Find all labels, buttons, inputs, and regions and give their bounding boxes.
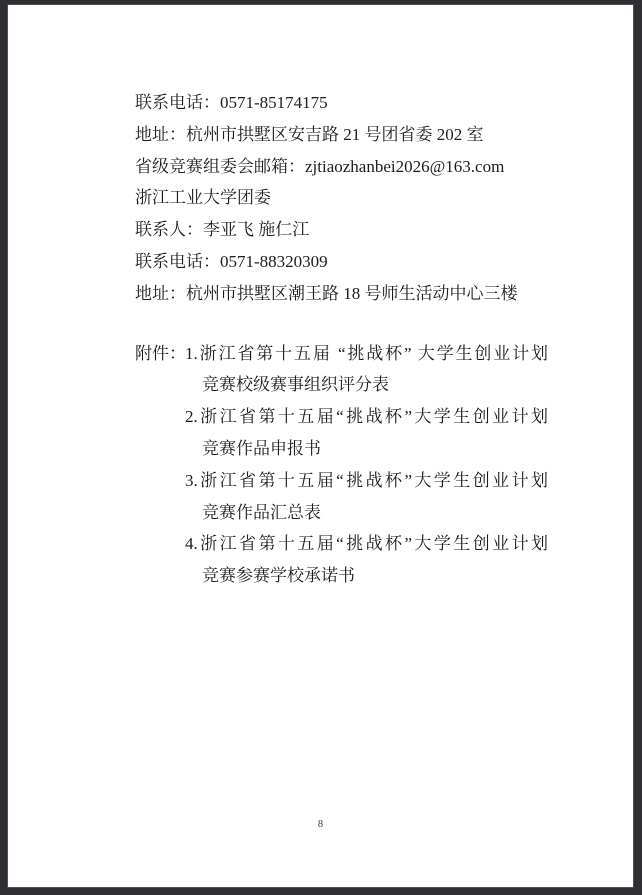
contact-line: 联系人：李亚飞 施仁江: [135, 214, 565, 246]
attachments-block: 附件： 1.浙江省第十五届 “挑战杯” 大学生创业计划 竞赛校级赛事组织评分表 …: [135, 338, 565, 592]
attachments-list: 1.浙江省第十五届 “挑战杯” 大学生创业计划 竞赛校级赛事组织评分表 2.浙江…: [185, 338, 548, 592]
attachment-item: 1.浙江省第十五届 “挑战杯” 大学生创业计划 竞赛校级赛事组织评分表: [185, 338, 548, 402]
attachment-wrap-line: 竞赛参赛学校承诺书: [185, 560, 548, 592]
page-number: 8: [8, 819, 633, 830]
contact-line: 省级竞赛组委会邮箱：zjtiaozhanbei2026@163.com: [135, 151, 565, 183]
attachment-item: 3.浙江省第十五届“挑战杯”大学生创业计划 竞赛作品汇总表: [185, 465, 548, 529]
contact-line: 联系电话：0571-85174175: [135, 87, 565, 119]
attachment-wrap-line: 竞赛作品申报书: [185, 433, 548, 465]
attachment-title-line: 1.浙江省第十五届 “挑战杯” 大学生创业计划: [185, 338, 548, 370]
attachment-item: 2.浙江省第十五届“挑战杯”大学生创业计划 竞赛作品申报书: [185, 401, 548, 465]
contact-line: 浙江工业大学团委: [135, 182, 565, 214]
contact-line: 联系电话：0571-88320309: [135, 246, 565, 278]
attachment-item: 4.浙江省第十五届“挑战杯”大学生创业计划 竞赛参赛学校承诺书: [185, 528, 548, 592]
document-content: 联系电话：0571-85174175 地址：杭州市拱墅区安吉路 21 号团省委 …: [135, 87, 565, 592]
attachment-wrap-line: 竞赛校级赛事组织评分表: [185, 369, 548, 401]
attachment-wrap-line: 竞赛作品汇总表: [185, 497, 548, 529]
viewer-background: 联系电话：0571-85174175 地址：杭州市拱墅区安吉路 21 号团省委 …: [0, 0, 642, 895]
contact-line: 地址：杭州市拱墅区安吉路 21 号团省委 202 室: [135, 119, 565, 151]
attachment-title-line: 3.浙江省第十五届“挑战杯”大学生创业计划: [185, 465, 548, 497]
attachment-title-line: 4.浙江省第十五届“挑战杯”大学生创业计划: [185, 528, 548, 560]
attachments-label: 附件：: [135, 338, 186, 370]
attachment-title-line: 2.浙江省第十五届“挑战杯”大学生创业计划: [185, 401, 548, 433]
document-page: 联系电话：0571-85174175 地址：杭州市拱墅区安吉路 21 号团省委 …: [8, 5, 633, 887]
contact-line: 地址：杭州市拱墅区潮王路 18 号师生活动中心三楼: [135, 278, 565, 310]
